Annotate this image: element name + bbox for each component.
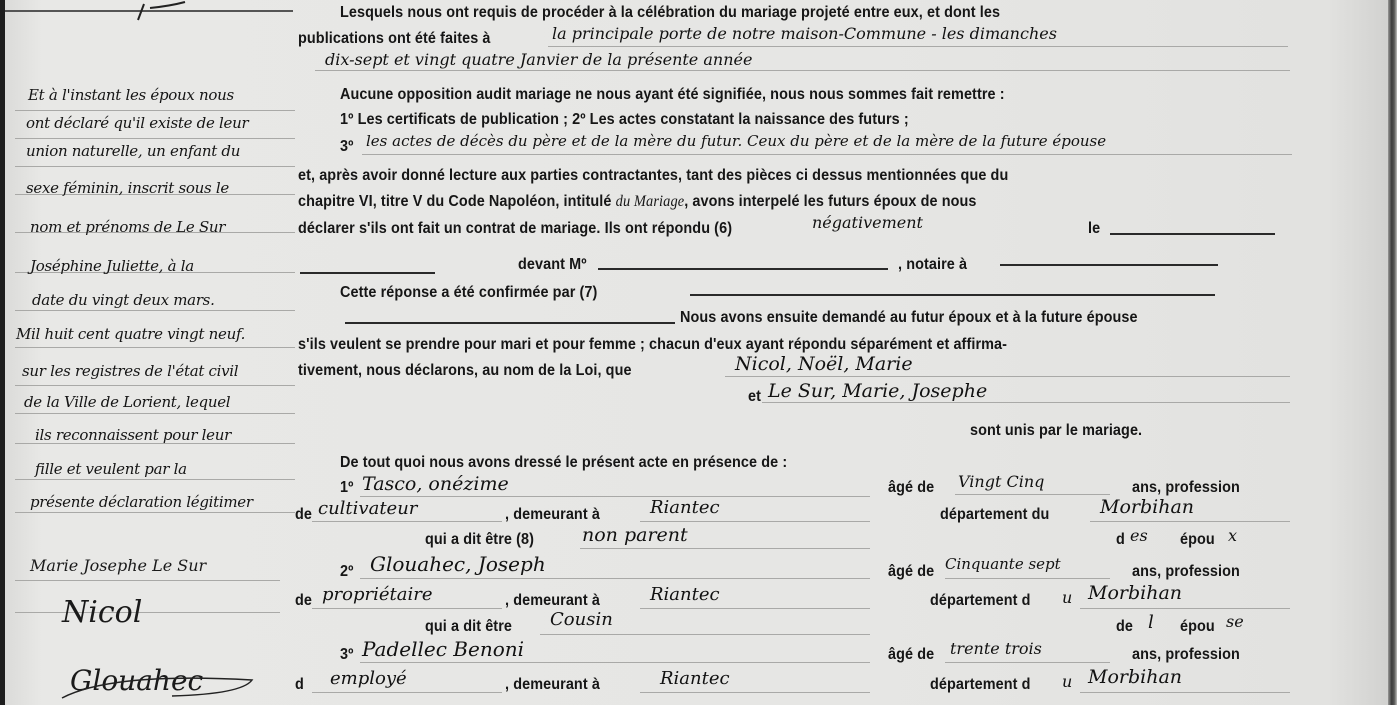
witness-1-relation-label: qui a dit être (8) <box>425 531 534 549</box>
witness-1-residing-label: , demeurant à <box>505 506 600 524</box>
bride-name: Le Sur, Marie, Josephe <box>768 380 987 402</box>
witness-2-name: Glouahec, Joseph <box>370 552 546 576</box>
margin-line-2: ont déclaré qu'il existe de leur <box>26 114 248 132</box>
contract-answer: négativement <box>812 213 923 232</box>
witness-1-number: 1º <box>340 479 353 497</box>
witness-3-age: trente trois <box>950 639 1042 658</box>
witness-1-spouse-suffix: x <box>1228 526 1237 545</box>
witness-2-age-label: âgé de <box>888 563 934 581</box>
body-line-7: et, après avoir donné lecture aux partie… <box>298 167 1008 185</box>
margin-line-9: sur les registres de l'état civil <box>22 362 238 380</box>
witness-1-department: Morbihan <box>1100 496 1194 518</box>
witness-2-age: Cinquante sept <box>945 555 1061 573</box>
witness-2-dept-label: département d <box>930 592 1031 610</box>
publications-place: la principale porte de notre maison-Comm… <box>552 24 1057 43</box>
witness-3-dept-hand: u <box>1062 672 1072 691</box>
witness-1-relation: non parent <box>582 524 688 546</box>
witness-1-age: Vingt Cinq <box>958 472 1044 491</box>
contract-date-label: le <box>1088 220 1100 238</box>
groom-name: Nicol, Noël, Marie <box>735 353 913 375</box>
witness-2-number: 2º <box>340 563 353 581</box>
witness-2-spouse-suffix: se <box>1226 612 1244 631</box>
witness-2-relation: Cousin <box>550 609 613 630</box>
witness-3-profession: employé <box>330 668 407 689</box>
margin-line-7: date du vingt deux mars. <box>32 291 215 309</box>
publications-label: publications ont été faites à <box>298 30 491 48</box>
witness-2-dept-hand: u <box>1062 588 1072 607</box>
witness-3-dept-label: département d <box>930 676 1031 694</box>
body-line-13: s'ils veulent se prendre pour mari et po… <box>298 336 1007 354</box>
item-3-number: 3º <box>340 138 353 156</box>
margin-line-11: ils reconnaissent pour leur <box>35 426 231 444</box>
and-label: et <box>748 388 761 406</box>
witness-2-department: Morbihan <box>1088 582 1182 604</box>
witness-3-age-label: âgé de <box>888 646 934 664</box>
pen-stroke-mark <box>130 0 190 22</box>
witness-1-spouse-label: épou <box>1180 531 1215 549</box>
witness-1-of-hand: es <box>1130 526 1148 545</box>
margin-line-5: nom et prénoms de Le Sur <box>30 218 225 236</box>
witness-2-residing-label: , demeurant à <box>505 592 600 610</box>
body-line-8: chapitre VI, titre V du Code Napoléon, i… <box>298 193 977 211</box>
margin-line-8: Mil huit cent quatre vingt neuf. <box>16 325 245 343</box>
witness-3-department: Morbihan <box>1088 666 1182 688</box>
witness-1-of-label: d <box>1116 531 1125 549</box>
body-line-12: Nous avons ensuite demandé au futur épou… <box>680 309 1138 327</box>
witness-1-ans-label: ans, profession <box>1132 479 1240 497</box>
witness-2-ans-label: ans, profession <box>1132 563 1240 581</box>
signature-flourish <box>52 662 262 702</box>
witness-3-residence: Riantec <box>660 668 730 689</box>
margin-line-4: sexe féminin, inscrit sous le <box>26 179 229 197</box>
witness-2-residence: Riantec <box>650 584 720 605</box>
witness-2-of-label: de <box>1116 618 1133 636</box>
notary-label: devant Mº <box>518 256 587 274</box>
declaration-label: tivement, nous déclarons, au nom de la L… <box>298 362 632 380</box>
right-page-edge <box>1388 0 1397 705</box>
margin-line-3: union naturelle, un enfant du <box>26 142 240 160</box>
item-3-documents: les actes de décès du père et de la mère… <box>366 132 1106 150</box>
body-line-5: 1º Les certificats de publication ; 2º L… <box>340 111 909 129</box>
witness-1-name: Tasco, onézime <box>362 473 509 495</box>
confirmation-label: Cette réponse a été confirmée par (7) <box>340 284 597 302</box>
witness-1-age-label: âgé de <box>888 479 934 497</box>
margin-line-12: fille et veulent par la <box>35 460 187 478</box>
margin-line-1: Et à l'instant les époux nous <box>28 86 234 104</box>
code-title-italic: du Mariage <box>616 193 685 210</box>
witnesses-intro: De tout quoi nous avons dressé le présen… <box>340 454 787 472</box>
signature-groom: Nicol <box>62 595 142 630</box>
witness-2-prefix: de <box>295 592 312 610</box>
register-page: Et à l'instant les époux nous ont déclar… <box>0 0 1397 705</box>
body-line-1: Lesquels nous ont requis de procéder à l… <box>340 4 1000 22</box>
witness-1-profession: cultivateur <box>318 498 417 519</box>
left-binding-edge <box>0 0 5 705</box>
witness-1-residence: Riantec <box>650 497 720 518</box>
witness-3-ans-label: ans, profession <box>1132 646 1240 664</box>
notary-place-label: , notaire à <box>898 256 967 274</box>
witness-3-number: 3º <box>340 646 353 664</box>
publications-dates: dix-sept et vingt quatre Janvier de la p… <box>325 50 752 69</box>
body-line-4: Aucune opposition audit mariage ne nous … <box>340 86 1005 104</box>
margin-line-6: Joséphine Juliette, à la <box>30 257 194 275</box>
margin-line-10: de la Ville de Lorient, lequel <box>24 393 230 411</box>
witness-1-prefix: de <box>295 506 312 524</box>
witness-1-dept-label: département du <box>940 506 1049 524</box>
united-statement: sont unis par le mariage. <box>970 422 1142 440</box>
witness-2-relation-label: qui a dit être <box>425 618 512 636</box>
contract-question: déclarer s'ils ont fait un contrat de ma… <box>298 220 732 238</box>
witness-3-residing-label: , demeurant à <box>505 676 600 694</box>
witness-3-name: Padellec Benoni <box>362 637 524 661</box>
signature-bride: Marie Josephe Le Sur <box>30 556 206 575</box>
witness-2-profession: propriétaire <box>322 584 432 605</box>
witness-2-of-hand: l <box>1148 612 1154 633</box>
witness-3-prefix: d <box>295 676 304 694</box>
margin-line-13: présente déclaration légitimer <box>30 493 253 511</box>
witness-2-spouse-label: épou <box>1180 618 1215 636</box>
